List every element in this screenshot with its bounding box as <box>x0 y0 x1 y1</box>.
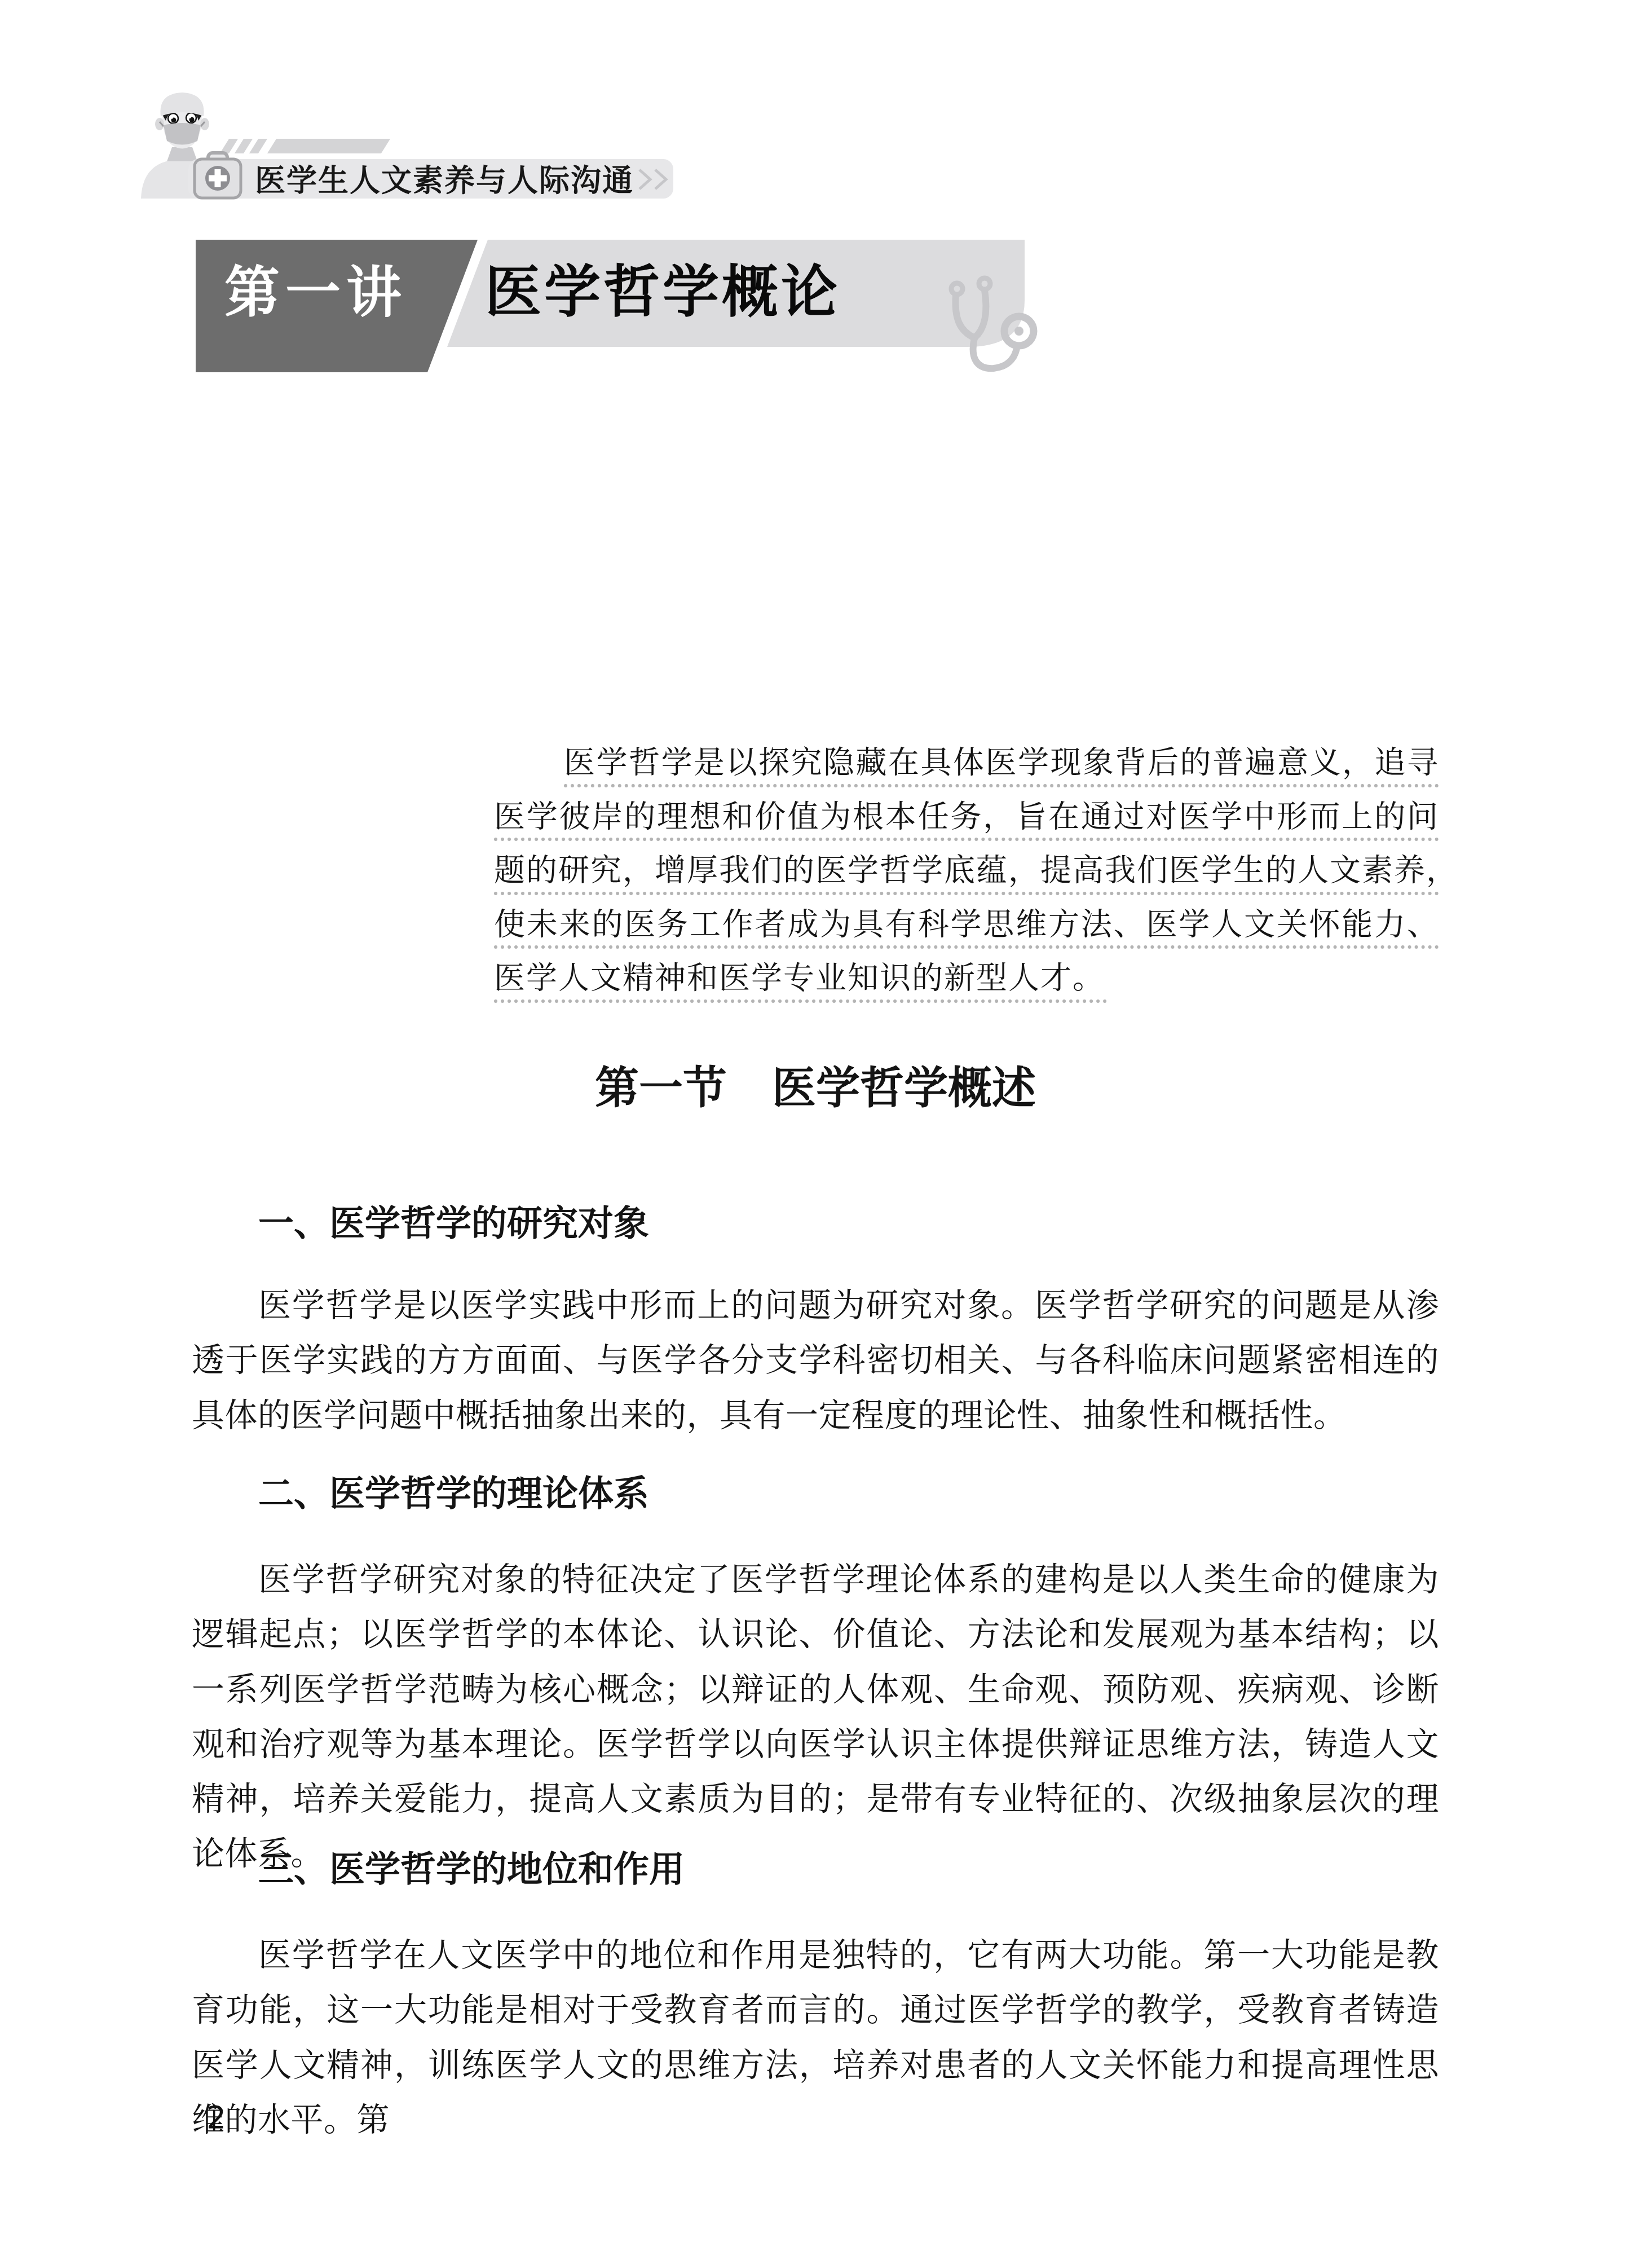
intro-abstract: 医学哲学是以探究隐藏在具体医学现象背后的普遍意义，追寻 医学彼岸的理想和价值为根… <box>494 733 1439 1003</box>
stripe-long <box>267 139 390 153</box>
intro-line: 医学人文精神和医学专业知识的新型人才。 <box>494 949 1107 1003</box>
chapter-title: 医学哲学概论 <box>485 262 840 324</box>
body-paragraph-3: 医学哲学在人文医学中的地位和作用是独特的，它有两大功能。第一大功能是教育功能，这… <box>192 1928 1439 2147</box>
section-heading: 第一节医学哲学概述 <box>192 1063 1439 1115</box>
subsection-heading-2: 二、医学哲学的理论体系 <box>258 1473 649 1514</box>
page-number: 2 <box>206 2099 226 2135</box>
section-title: 医学哲学概述 <box>772 1064 1036 1113</box>
body-paragraph-1: 医学哲学是以医学实践中形而上的问题为研究对象。医学哲学研究的问题是从渗透于医学实… <box>192 1278 1439 1443</box>
intro-line: 医学哲学是以探究隐藏在具体医学现象背后的普遍意义，追寻 <box>564 733 1439 787</box>
chapter-number: 第一讲 <box>203 263 429 324</box>
intro-line: 题的研究，增厚我们的医学哲学底蕴，提高我们医学生的人文素养， <box>494 841 1439 895</box>
subsection-heading-3: 三、医学哲学的地位和作用 <box>258 1849 685 1890</box>
intro-line: 使未来的医务工作者成为具有科学思维方法、医学人文关怀能力、 <box>494 895 1439 949</box>
subsection-heading-1: 一、医学哲学的研究对象 <box>258 1203 649 1244</box>
section-number: 第一节 <box>595 1064 727 1113</box>
stripe-small-3 <box>249 139 267 153</box>
intro-line: 医学彼岸的理想和价值为根本任务，旨在通过对医学中形而上的问 <box>494 787 1439 842</box>
first-aid-kit-icon <box>193 151 242 200</box>
body-paragraph-2: 医学哲学研究对象的特征决定了医学哲学理论体系的建构是以人类生命的健康为逻辑起点；… <box>192 1552 1439 1882</box>
book-title: 医学生人文素养与人际沟通 <box>255 164 650 199</box>
book-page: { "header": { "book_title": "医学生人文素养与人际沟… <box>0 0 1628 2268</box>
